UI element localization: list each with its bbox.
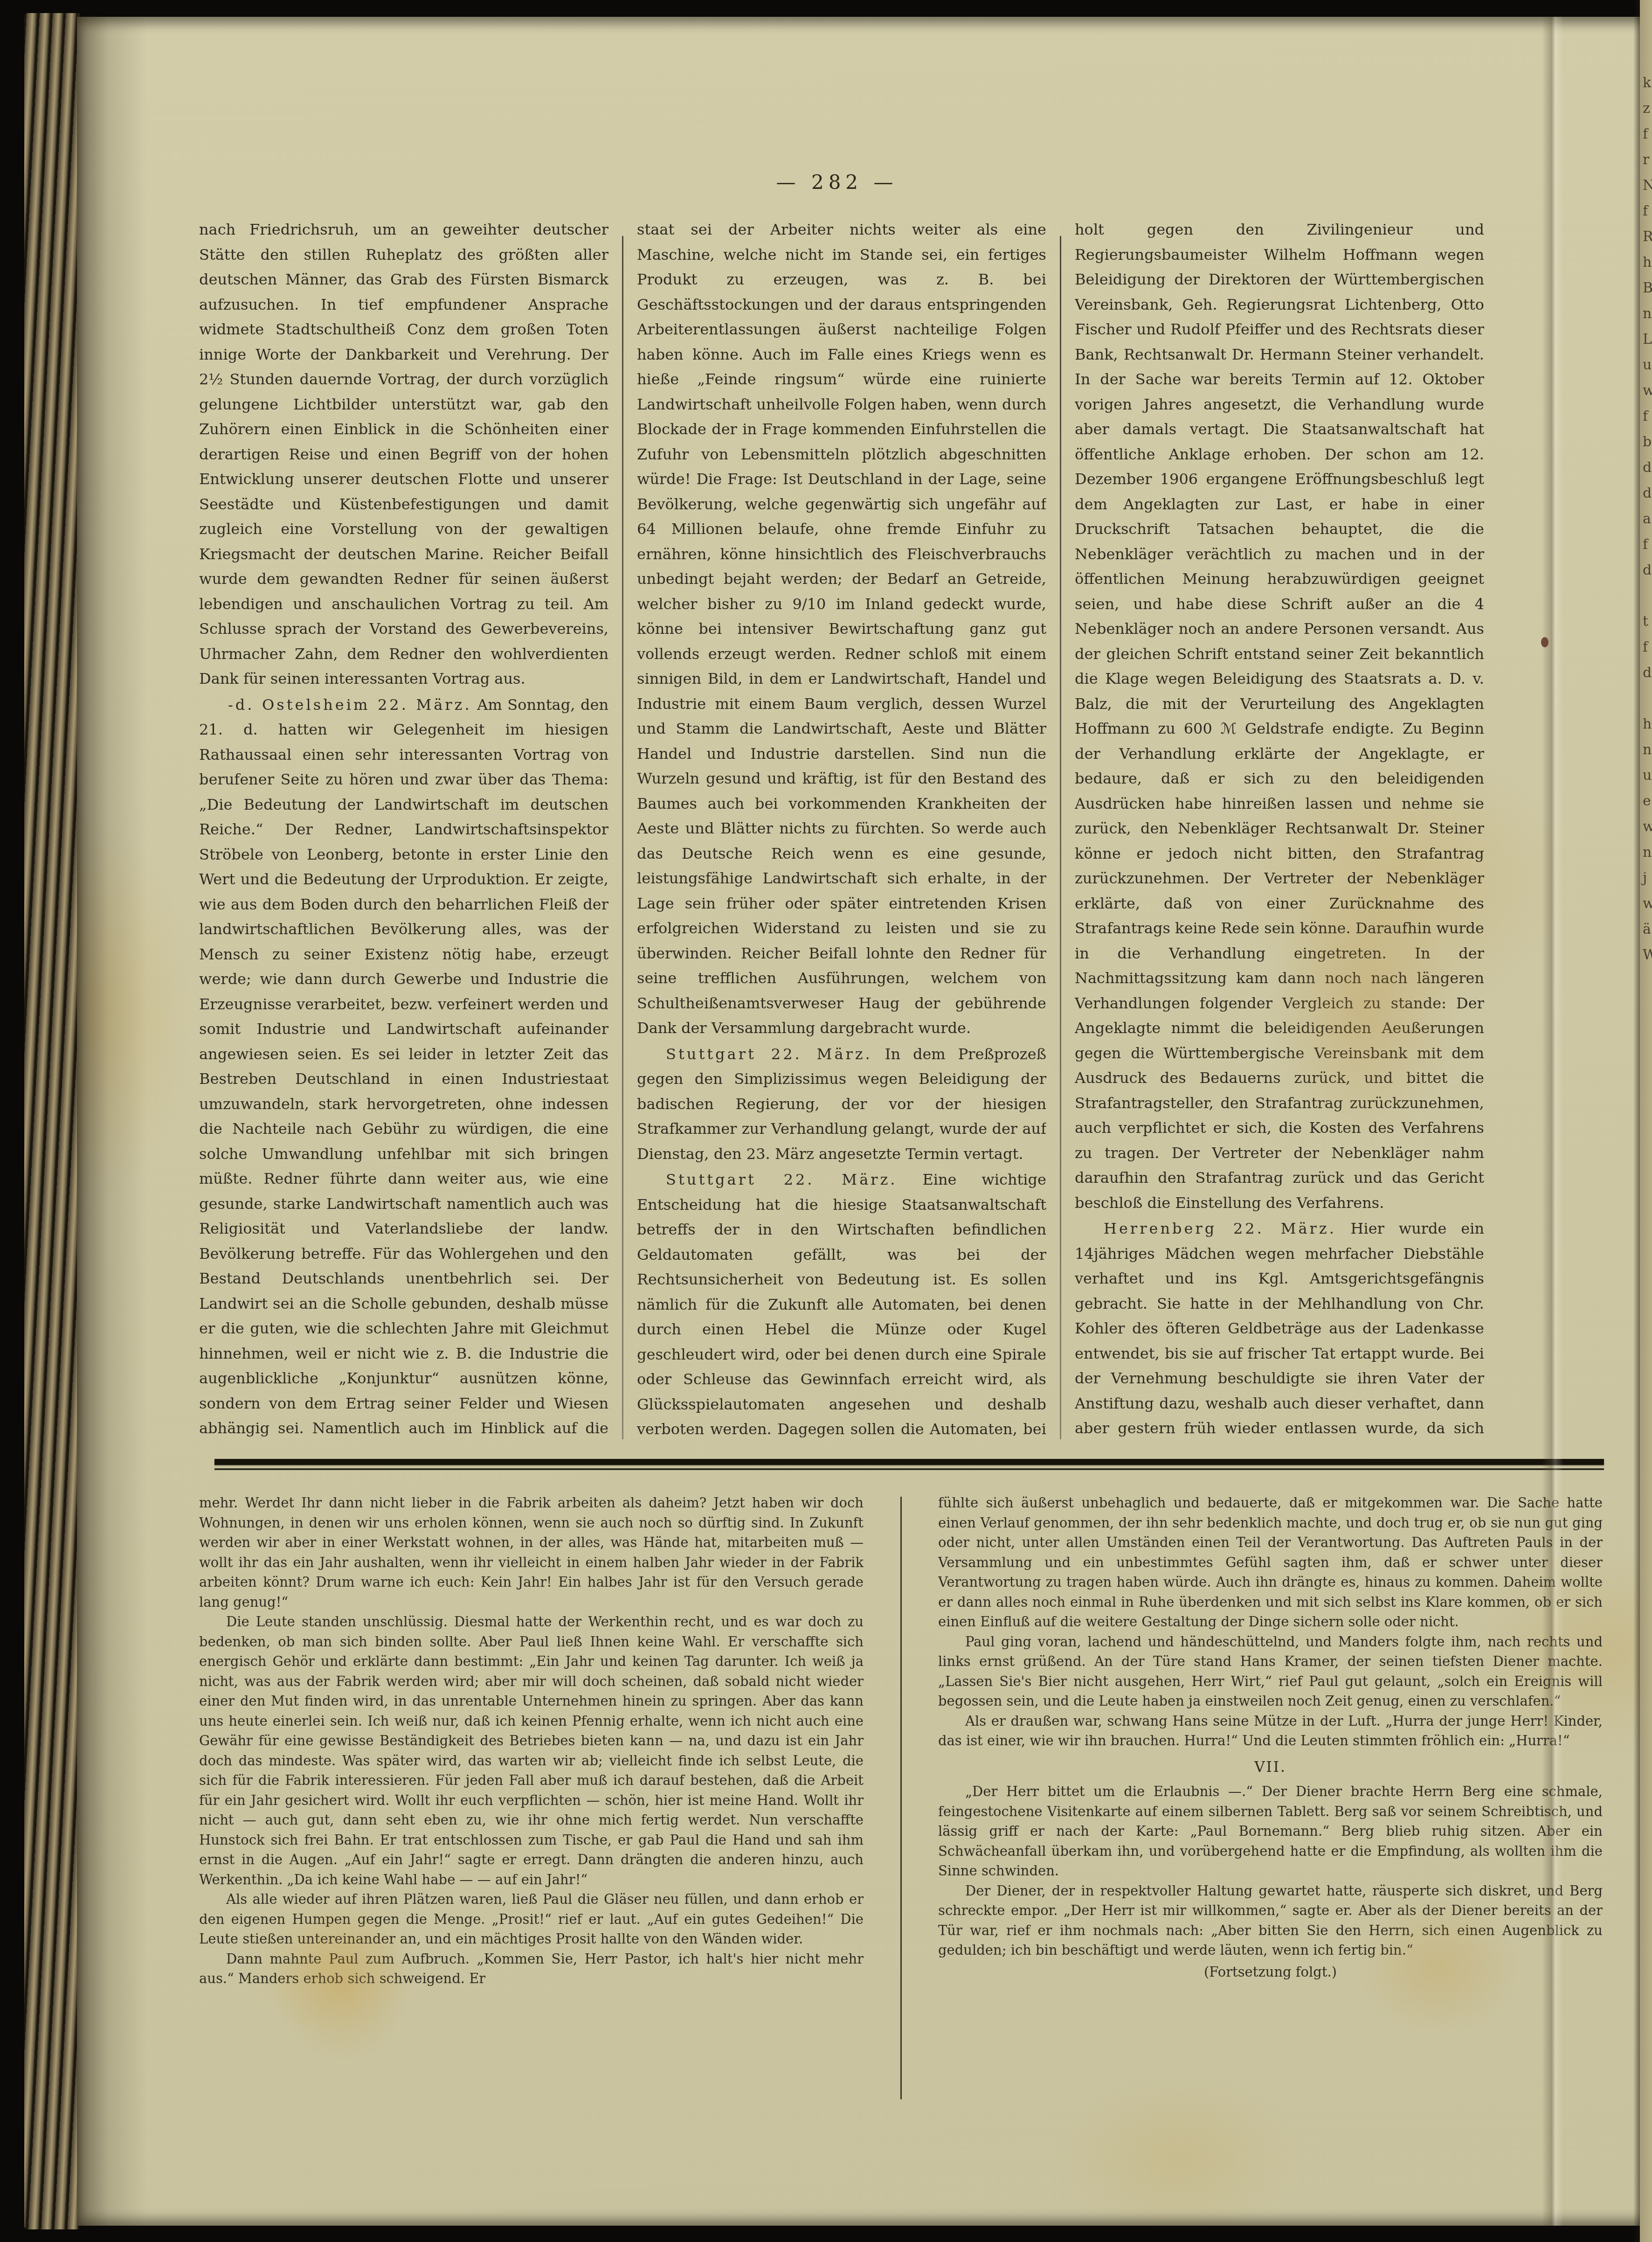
continuation-notice: (Fortsetzung folgt.) [938, 1962, 1603, 1982]
newspaper-page: — 282 — nach Friedrichsruh, um an geweih… [77, 17, 1652, 2226]
fold-crease [1542, 17, 1563, 2226]
feuilleton-paragraph-diener: Der Diener, der in respektvoller Haltung… [938, 1881, 1603, 1960]
article-ostelsheim-text: Am Sonntag, den 21. d. hatten wir Gelege… [199, 696, 608, 1440]
feuilleton-column-right: fühlte sich äußerst unbehaglich und beda… [938, 1493, 1603, 2099]
article-stuttgart-geldautomaten: Stuttgart 22. März. Eine wichtige Entsch… [637, 1167, 1046, 1439]
column-divider-rule [1060, 236, 1061, 1439]
feuilleton-paragraph-leute-unschluessig: Die Leute standen unschlüssig. Diesmal h… [199, 1612, 864, 1889]
section-divider-rule [214, 1459, 1604, 1470]
book-page-edges [24, 13, 79, 2229]
feuilleton-paragraph-hurra: Als er draußen war, schwang Hans seine M… [938, 1711, 1603, 1751]
dateline-stuttgart-automaten: Stuttgart 22. März. [666, 1171, 898, 1188]
feuilleton-section: mehr. Werdet Ihr dann nicht lieber in di… [199, 1493, 1603, 2099]
facing-page-sliver: k z f r N f R h B n L u w f b d d a f d … [1640, 0, 1652, 2242]
article-hoffmann-continuation: holt gegen den Zivilingenieur und Regier… [1075, 217, 1484, 1215]
dateline-herrenberg: Herrenberg 22. März. [1104, 1220, 1336, 1237]
news-column-1: nach Friedrichsruh, um an geweihter deut… [199, 217, 608, 1439]
feuilleton-column-divider-rule [900, 1497, 902, 2099]
dateline-stuttgart-press: Stuttgart 22. März. [666, 1045, 872, 1063]
page-number: — 282 — [627, 171, 1047, 194]
article-herrenberg: Herrenberg 22. März. Hier wurde ein 14jä… [1075, 1216, 1484, 1439]
feuilleton-column-left: mehr. Werdet Ihr dann nicht lieber in di… [199, 1493, 864, 2099]
feuilleton-paragraph-manders: fühlte sich äußerst unbehaglich und beda… [938, 1493, 1603, 1632]
facing-page-text-fragments: k z f r N f R h B n L u w f b d d a f d … [1643, 70, 1652, 968]
column-divider-rule [622, 236, 623, 1439]
book-gutter-shadow [1633, 0, 1640, 2242]
article-industriestaat-continuation: staat sei der Arbeiter nichts weiter als… [637, 217, 1046, 1041]
feuilleton-paragraph-visitenkarte: „Der Herr bittet um die Erlaubnis —.“ De… [938, 1782, 1603, 1881]
article-stuttgart-automaten-text: Eine wichtige Entscheidung hat die hiesi… [637, 1171, 1046, 1439]
article-ostelsheim: -d. Ostelsheim 22. März. Am Sonntag, den… [199, 693, 608, 1440]
dateline-ostelsheim: -d. Ostelsheim 22. März. [228, 696, 472, 714]
feuilleton-left-continuation: mehr. Werdet Ihr dann nicht lieber in di… [199, 1493, 864, 1612]
news-column-2: staat sei der Arbeiter nichts weiter als… [637, 217, 1046, 1439]
section-divider-rule-thick [214, 1459, 1604, 1465]
section-divider-rule-thin [214, 1468, 1604, 1470]
news-column-3: holt gegen den Zivilingenieur und Regier… [1075, 217, 1484, 1439]
chapter-heading: VII. [938, 1757, 1603, 1777]
feuilleton-paragraph-prosit: Als alle wieder auf ihren Plätzen waren,… [199, 1889, 864, 1949]
feuilleton-paragraph-paul-voran: Paul ging voran, lachend und händeschütt… [938, 1632, 1603, 1711]
article-friedrichsruh-continuation: nach Friedrichsruh, um an geweihter deut… [199, 217, 608, 692]
article-stuttgart-pressprozess: Stuttgart 22. März. In dem Preßprozeß ge… [637, 1042, 1046, 1167]
article-herrenberg-text: Hier wurde ein 14jähriges Mädchen wegen … [1075, 1220, 1484, 1439]
feuilleton-paragraph-aufbruch: Dann mahnte Paul zum Aufbruch. „Kommen S… [199, 1949, 864, 1989]
news-section: nach Friedrichsruh, um an geweihter deut… [199, 217, 1484, 1439]
